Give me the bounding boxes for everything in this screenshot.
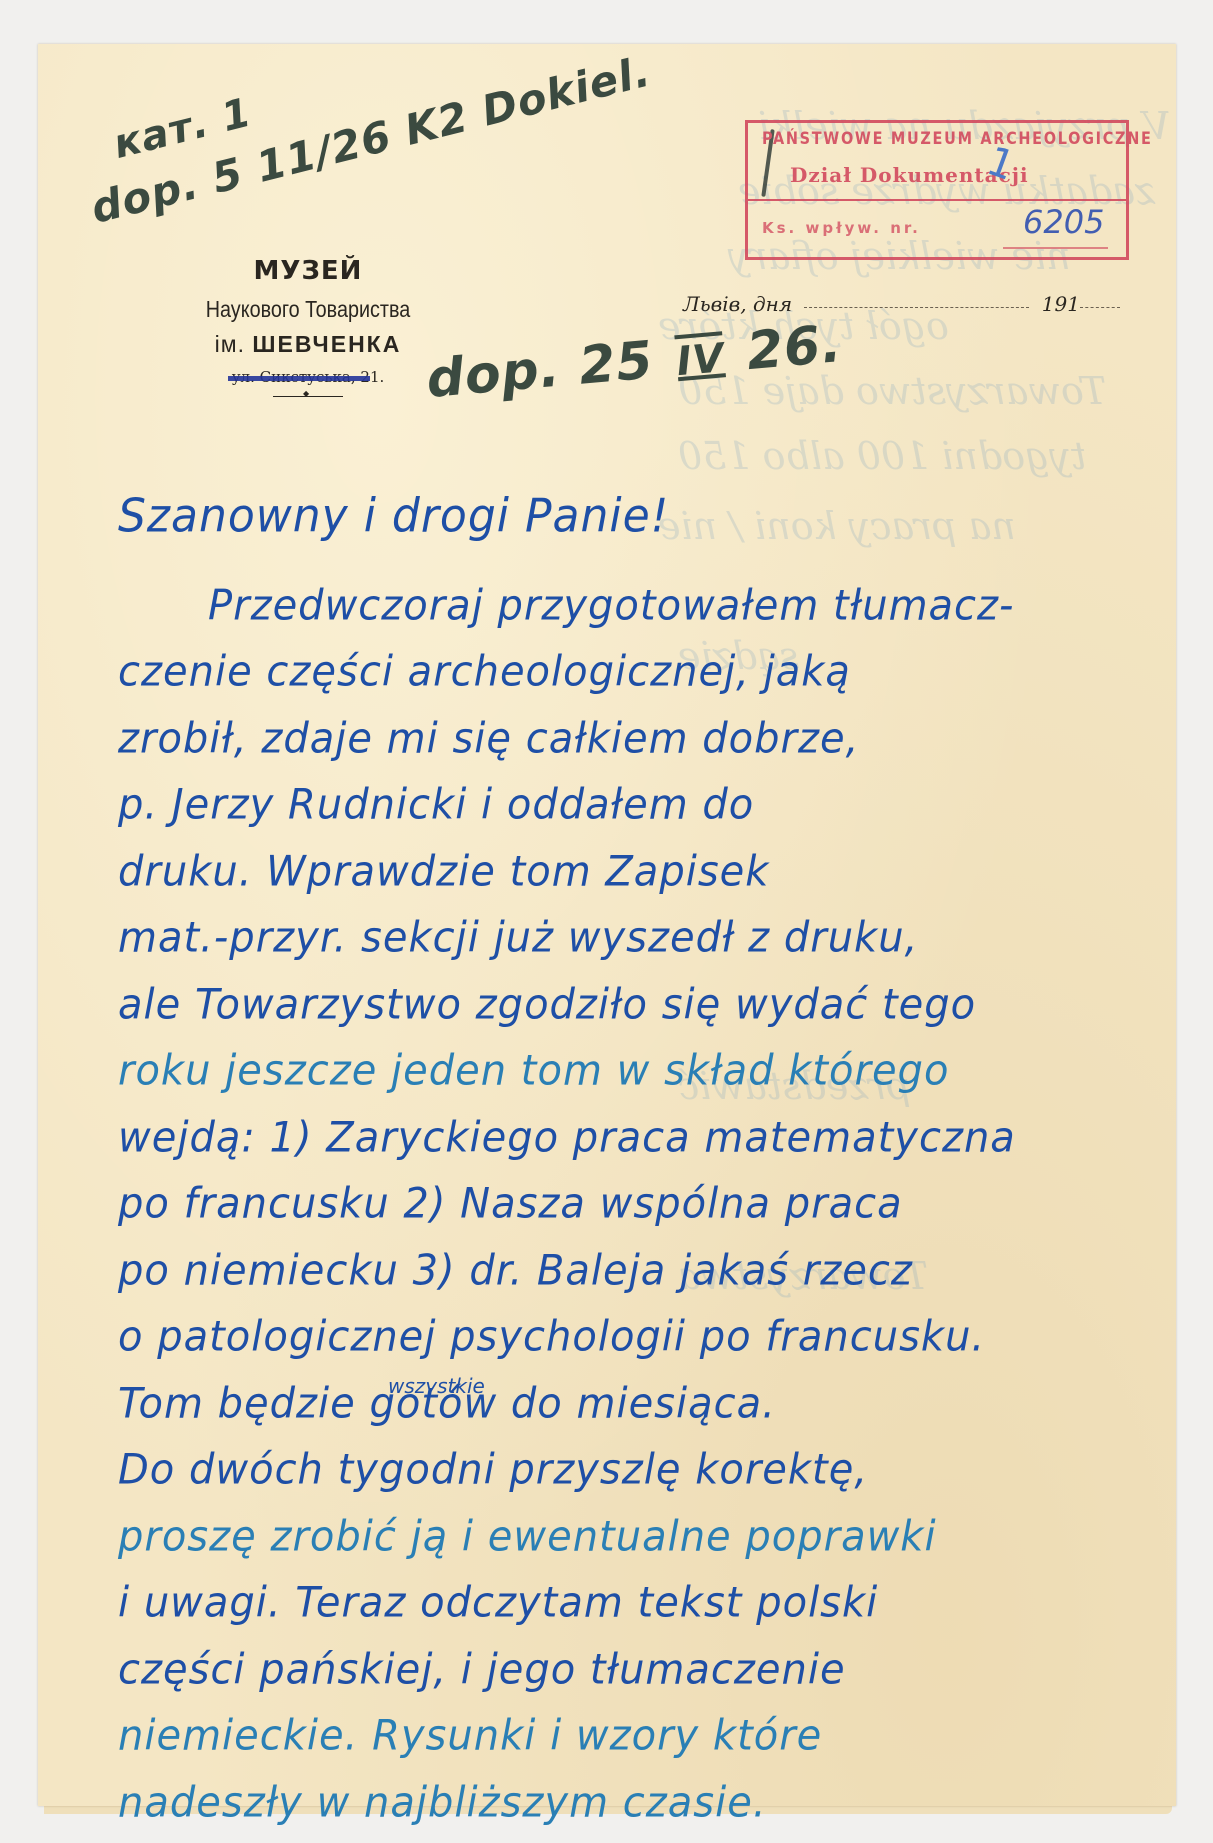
- letter-line: mat.-przyr. sekcji już wyszedł z druku,: [118, 903, 1198, 973]
- stamp-line-3: Ks. wpływ. nr.: [762, 219, 921, 237]
- letterhead-name-surname: ШЕВЧЕНКА: [252, 331, 401, 357]
- salutation: Szanowny i drogi Panie!: [118, 482, 1198, 552]
- date-note-year: 26.: [744, 314, 844, 382]
- letter-line: o patologicznej psychologii po francusku…: [118, 1302, 1198, 1372]
- stamp-line-1: PAŃSTWOWE MUZEUM ARCHEOLOGICZNE: [762, 129, 1153, 149]
- letter-line: części pańskiej, i jego tłumaczenie: [118, 1635, 1198, 1705]
- letter-line: czenie części archeologicznej, jaką: [118, 637, 1198, 707]
- year-prefix: 191: [1042, 292, 1080, 316]
- letterhead: МУЗЕЙ Наукового Товариства ім. ШЕВЧЕНКА …: [138, 256, 478, 397]
- letter-line: p. Jerzy Rudnicki i oddałem do: [118, 770, 1198, 840]
- year-blank: [1080, 307, 1120, 308]
- letter-line: proszę zrobić ją i ewentualne poprawki: [118, 1502, 1198, 1572]
- letter-line: niemieckie. Rysunki i wzory które: [118, 1701, 1198, 1771]
- interlinear-insert: wszystkie: [388, 1374, 485, 1398]
- letter-page: V przyjazdu na wielki zadatku wydrze sob…: [38, 44, 1176, 1806]
- letter-line: druku. Wprawdzie tom Zapisek: [118, 837, 1198, 907]
- letter-line: po francusku 2) Nasza wspólna praca: [118, 1169, 1198, 1239]
- letterhead-name-prefix: ім.: [215, 331, 245, 357]
- letter-line: Tom będzie gotów do miesiąca.: [118, 1369, 1198, 1439]
- letter-line: Przedwczoraj przygotowałem tłumacz-: [118, 571, 1198, 641]
- date-note-month: IV: [671, 335, 731, 386]
- stamp-number-underline: [1003, 247, 1108, 249]
- letter-line: Do dwóch tygodni przyszlę korektę,: [118, 1435, 1198, 1505]
- date-blank: [804, 307, 1029, 308]
- letter-line: nadeszły w najbliższym czasie.: [118, 1768, 1198, 1838]
- letter-line: i uwagi. Teraz odczytam tekst polski: [118, 1568, 1198, 1638]
- letterhead-address-struck: ул. Сикстуська, 21.: [232, 368, 385, 386]
- place-label: Львів, дня: [683, 292, 792, 316]
- letter-line: po niemiecku 3) dr. Baleja jakaś rzecz: [118, 1236, 1198, 1306]
- letter-line: ale Towarzystwo zgodziło się wydać tego: [118, 970, 1198, 1040]
- letter-line: wejdą: 1) Zaryckiego praca matematyczna: [118, 1103, 1198, 1173]
- letter-line: zrobił, zdaje mi się całkiem dobrze,: [118, 704, 1198, 774]
- letter-line: roku jeszcze jeden tom w skład którego: [118, 1036, 1198, 1106]
- stamp-number: 6205: [1023, 203, 1104, 241]
- archival-date-note: dop. 25 IV 26.: [424, 314, 844, 410]
- letterhead-title: МУЗЕЙ: [138, 256, 478, 286]
- ornament-divider: [273, 396, 343, 397]
- place-date-line: Львів, дня 191: [683, 292, 1123, 316]
- letterhead-name: ім. ШЕВЧЕНКА: [138, 331, 478, 358]
- letterhead-society: Наукового Товариства: [162, 296, 454, 323]
- museum-stamp: PAŃSTWOWE MUZEUM ARCHEOLOGICZNE Dział Do…: [745, 120, 1129, 260]
- stamp-divider: [748, 199, 1126, 201]
- letter-body: Szanowny i drogi Panie! Przedwczoraj prz…: [118, 484, 1198, 1836]
